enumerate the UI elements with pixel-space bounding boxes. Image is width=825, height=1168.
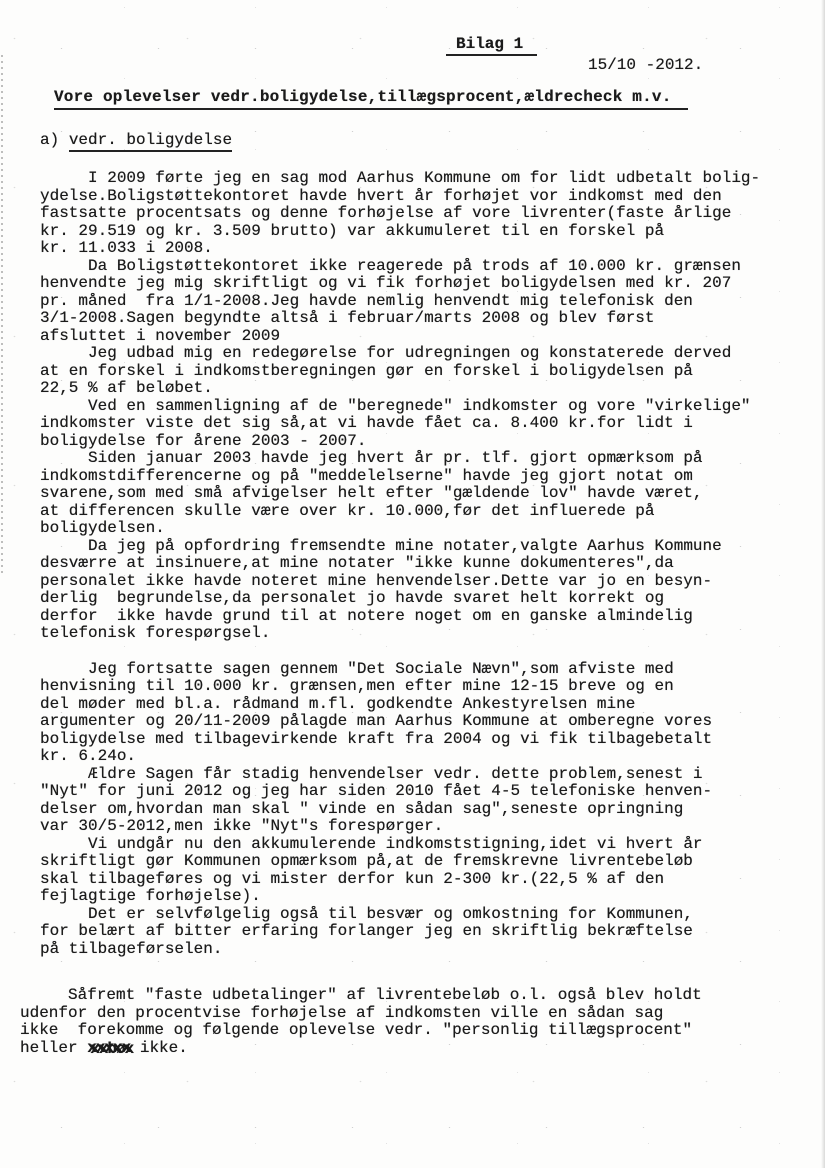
document-title: Vore oplevelser vedr.boligydelse,tillægs… [54, 88, 688, 110]
paragraph: Jeg udbad mig en redegørelse for udregni… [40, 345, 787, 398]
scan-edge-artifact-left [1, 55, 3, 575]
paragraph: Ældre Sagen får stadig henvendelser vedr… [40, 766, 787, 836]
paragraph: Vi undgår nu den akkumulerende indkomsts… [40, 836, 787, 906]
document-body: I 2009 førte jeg en sag mod Aarhus Kommu… [40, 170, 787, 1057]
paragraph: Siden januar 2003 havde jeg hvert år pr.… [40, 450, 787, 538]
attachment-tag: Bilag 1 [446, 35, 537, 56]
document-date: 15/10 -2012. [588, 57, 787, 75]
document-page: Bilag 1 15/10 -2012. Vore oplevelser ved… [0, 0, 825, 1168]
paragraph: Da jeg på opfordring fremsendte mine not… [40, 538, 787, 643]
attachment-tag-line: Bilag 1 [446, 36, 787, 54]
paragraph: Ved en sammenligning af de "beregnede" i… [40, 398, 787, 451]
section-heading-line: a) vedr. boligydelse [40, 132, 787, 150]
paragraph: Det er selvfølgelig også til besvær og o… [40, 906, 787, 959]
paragraph: I 2009 førte jeg en sag mod Aarhus Kommu… [40, 170, 787, 258]
paragraph: Da Boligstøttekontoret ikke reagerede på… [40, 258, 787, 346]
paragraph: Jeg fortsatte sagen gennem "Det Sociale … [40, 661, 787, 766]
strikeover-overlay: xxbøx [90, 1041, 133, 1059]
section-heading: vedr. boligydelse [69, 131, 232, 152]
paragraph-final: Såfremt "faste udbetalinger" af livrente… [20, 987, 787, 1057]
scanned-document: { "header": { "attachment_tag": "Bilag 1… [0, 0, 825, 1168]
strikeover-word: xxxxxxxbøx [87, 1040, 130, 1058]
document-title-line: Vore oplevelser vedr.boligydelse,tillægs… [54, 89, 787, 107]
final-paragraph-end: ikke. [130, 1039, 188, 1057]
scan-edge-artifact-right [821, 0, 825, 1168]
section-prefix: a) [40, 131, 69, 149]
